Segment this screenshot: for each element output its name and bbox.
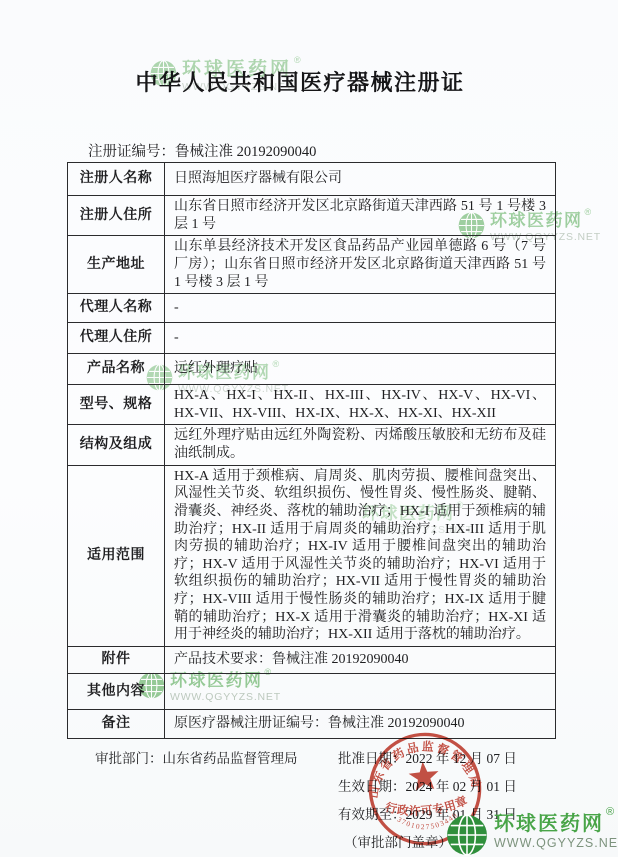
star-icon	[408, 760, 440, 791]
table-row: 其他内容	[68, 673, 556, 709]
registrant-address-label: 注册人住所	[68, 196, 165, 236]
product-name-value: 远红外理疗贴	[165, 354, 556, 385]
table-row: 型号、规格 HX-A、HX-I、HX-II、HX-III、HX-IV、HX-V、…	[68, 385, 556, 425]
remarks-value: 原医疗器械注册证编号：鲁械注准 20192090040	[165, 709, 556, 738]
certificate-number-value: 鲁械注准 20192090040	[175, 144, 316, 160]
approval-department-label: 审批部门：	[95, 751, 163, 766]
page-title: 中华人民共和国医疗器械注册证	[0, 66, 600, 97]
other-content-label: 其他内容	[68, 673, 165, 709]
registered-mark: ®	[606, 807, 614, 818]
table-row: 备注 原医疗器械注册证编号：鲁械注准 20192090040	[68, 709, 556, 738]
registered-mark: ®	[585, 208, 592, 217]
table-row: 生产地址 山东单县经济技术开发区食品药品产业园单德路 6 号（7 号厂房）；山东…	[68, 236, 556, 294]
table-row: 注册人名称 日照海旭医疗器械有限公司	[68, 163, 556, 196]
other-content-value	[165, 673, 556, 709]
remarks-label: 备注	[68, 709, 165, 738]
registrant-address-value: 山东省日照市经济开发区北京路街道天津西路 51 号 1 号楼 3 层 1 号	[165, 196, 556, 236]
table-row: 注册人住所 山东省日照市经济开发区北京路街道天津西路 51 号 1 号楼 3 层…	[68, 196, 556, 236]
table-row: 适用范围 HX-A 适用于颈椎病、肩周炎、肌肉劳损、腰椎间盘突出、风湿性关节炎、…	[68, 465, 556, 646]
agent-name-value: -	[165, 294, 556, 323]
certificate-number-label: 注册证编号：	[88, 144, 175, 160]
agent-address-value: -	[165, 323, 556, 354]
official-seal: 山东省药品监督管理局 行政许可专用章 3701027503440	[361, 725, 489, 853]
product-name-label: 产品名称	[68, 354, 165, 385]
certificate-number-line: 注册证编号：鲁械注准 20192090040	[88, 140, 316, 161]
table-row: 代理人名称 -	[68, 294, 556, 323]
agent-address-label: 代理人住所	[68, 323, 165, 354]
registrant-name-label: 注册人名称	[68, 163, 165, 196]
approval-department-value: 山东省药品监督管理局	[163, 751, 298, 766]
structure-composition-label: 结构及组成	[68, 425, 165, 465]
model-spec-value: HX-A、HX-I、HX-II、HX-III、HX-IV、HX-V、HX-VI、…	[165, 385, 556, 425]
registrant-name-value: 日照海旭医疗器械有限公司	[165, 163, 556, 196]
registered-mark: ®	[294, 56, 301, 65]
table-row: 结构及组成 远红外理疗贴由远红外陶瓷粉、丙烯酸压敏胶和无纺布及硅油纸制成。	[68, 425, 556, 465]
scope-of-application-label: 适用范围	[68, 465, 165, 646]
structure-composition-value: 远红外理疗贴由远红外陶瓷粉、丙烯酸压敏胶和无纺布及硅油纸制成。	[165, 425, 556, 465]
production-address-label: 生产地址	[68, 236, 165, 294]
table-row: 产品名称 远红外理疗贴	[68, 354, 556, 385]
table-row: 代理人住所 -	[68, 323, 556, 354]
production-address-value: 山东单县经济技术开发区食品药品产业园单德路 6 号（7 号厂房）；山东省日照市经…	[165, 236, 556, 294]
registration-table: 注册人名称 日照海旭医疗器械有限公司 注册人住所 山东省日照市经济开发区北京路街…	[67, 162, 556, 739]
certificate-page: 环球医药网® WWW.QGYYZS.NET 环球医药网® WWW.QGYYZS.…	[0, 0, 618, 857]
model-spec-label: 型号、规格	[68, 385, 165, 425]
agent-name-label: 代理人名称	[68, 294, 165, 323]
table-row: 附件 产品技术要求：鲁械注准 20192090040	[68, 646, 556, 673]
attachment-value: 产品技术要求：鲁械注准 20192090040	[165, 646, 556, 673]
scope-of-application-value: HX-A 适用于颈椎病、肩周炎、肌肉劳损、腰椎间盘突出、风湿性关节炎、软组织损伤…	[165, 465, 556, 646]
approval-department: 审批部门：山东省药品监督管理局	[95, 747, 298, 767]
attachment-label: 附件	[68, 646, 165, 673]
